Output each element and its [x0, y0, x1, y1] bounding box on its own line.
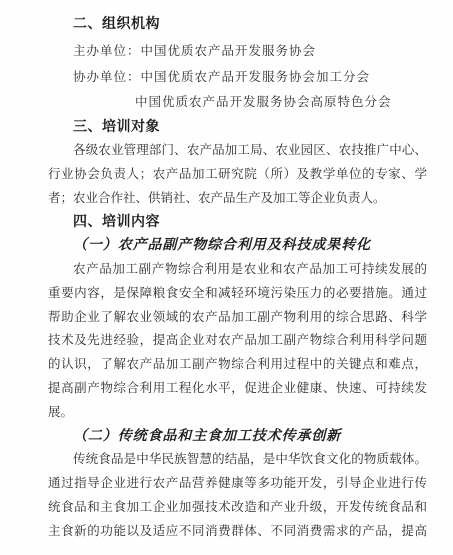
subsection1-paragraph-line: 帮助企业了解农业领域的农产品加工副产物利用的综合思路、科学	[48, 306, 427, 330]
co-organizer-line: 协办单位：中国优质农产品开发服务协会加工分会	[48, 66, 427, 90]
subsection1-heading: （一）农产品副产物综合利用及科技成果转化	[48, 234, 427, 258]
organizer-value: 中国优质农产品开发服务协会	[141, 44, 317, 58]
audience-paragraph-line: 者；农业合作社、供销社、农产品生产及加工等企业负责人。	[48, 187, 427, 211]
subsection2-paragraph-line: 主食新的功能以及适应不同消费群体、不同消费需求的产品，提高	[48, 520, 427, 544]
section-heading-training-content: 四、培训内容	[48, 210, 427, 234]
subsection1-paragraph-line: 展。	[48, 401, 427, 425]
subsection2-paragraph-line: 传统食品是中华民族智慧的结晶，是中华饮食文化的物质载体。	[48, 448, 427, 472]
co-organizer-value-2: 中国优质农产品开发服务协会高原特色分会	[48, 91, 427, 115]
organizer-line: 主办单位：中国优质农产品开发服务协会	[48, 40, 427, 64]
audience-paragraph-line: 各级农业管理部门、农产品加工局、农业园区、农技推广中心、	[48, 139, 427, 163]
subsection1-paragraph-line: 农产品加工副产物综合利用是农业和农产品加工可持续发展的	[48, 258, 427, 282]
document-content: 二、组织机构 主办单位：中国优质农产品开发服务协会 协办单位：中国优质农产品开发…	[0, 0, 453, 544]
audience-paragraph-line: 行业协会负责人；农产品加工研究院（所）及教学单位的专家、学	[48, 163, 427, 187]
section-heading-audience: 三、培训对象	[48, 115, 427, 139]
organizer-label: 主办单位：	[73, 44, 141, 58]
subsection2-heading: （二）传统食品和主食加工技术传承创新	[48, 425, 427, 449]
subsection1-paragraph-line: 提高副产物综合利用工程化水平，促进企业健康、快速、可持续发	[48, 377, 427, 401]
document-page: 二、组织机构 主办单位：中国优质农产品开发服务协会 协办单位：中国优质农产品开发…	[0, 0, 453, 555]
subsection1-paragraph-line: 技术及先进经验，提高企业对农产品加工副产物综合利用科学问题	[48, 329, 427, 353]
co-organizer-label: 协办单位：	[73, 70, 141, 84]
subsection1-paragraph-line: 的认识，了解农产品加工副产物综合利用过程中的关键点和难点，	[48, 353, 427, 377]
co-organizer-value-1: 中国优质农产品开发服务协会加工分会	[141, 70, 371, 84]
section-heading-organization: 二、组织机构	[48, 12, 427, 36]
subsection2-paragraph-line: 统食品和主食加工企业加强技术改造和产业升级，开发传统食品和	[48, 496, 427, 520]
subsection2-paragraph-line: 通过指导企业进行农产品营养健康等多功能开发，引导企业进行传	[48, 472, 427, 496]
subsection1-paragraph-line: 重要内容，是保障粮食安全和减轻环境污染压力的必要措施。通过	[48, 282, 427, 306]
